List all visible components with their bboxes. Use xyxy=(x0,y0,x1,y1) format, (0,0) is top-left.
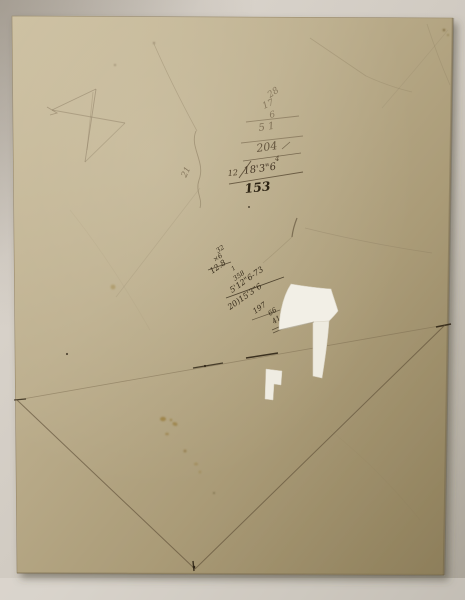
artwork-photo: 21 28 17 6 5 1 204 4 12 18'3"6 153 32 ×6… xyxy=(0,0,465,600)
drawing-sheet-scene: 21 28 17 6 5 1 204 4 12 18'3"6 153 32 ×6… xyxy=(0,0,465,600)
measure-dot-1 xyxy=(204,365,206,367)
ink-dot-left xyxy=(66,353,68,355)
calc-divisor: 12 xyxy=(227,168,238,178)
ink-dot-below-quotient xyxy=(248,206,250,208)
calc-sub1: 5 1 xyxy=(258,121,275,134)
calc-quotient: 153 xyxy=(244,178,272,196)
apex-dot xyxy=(193,566,196,569)
